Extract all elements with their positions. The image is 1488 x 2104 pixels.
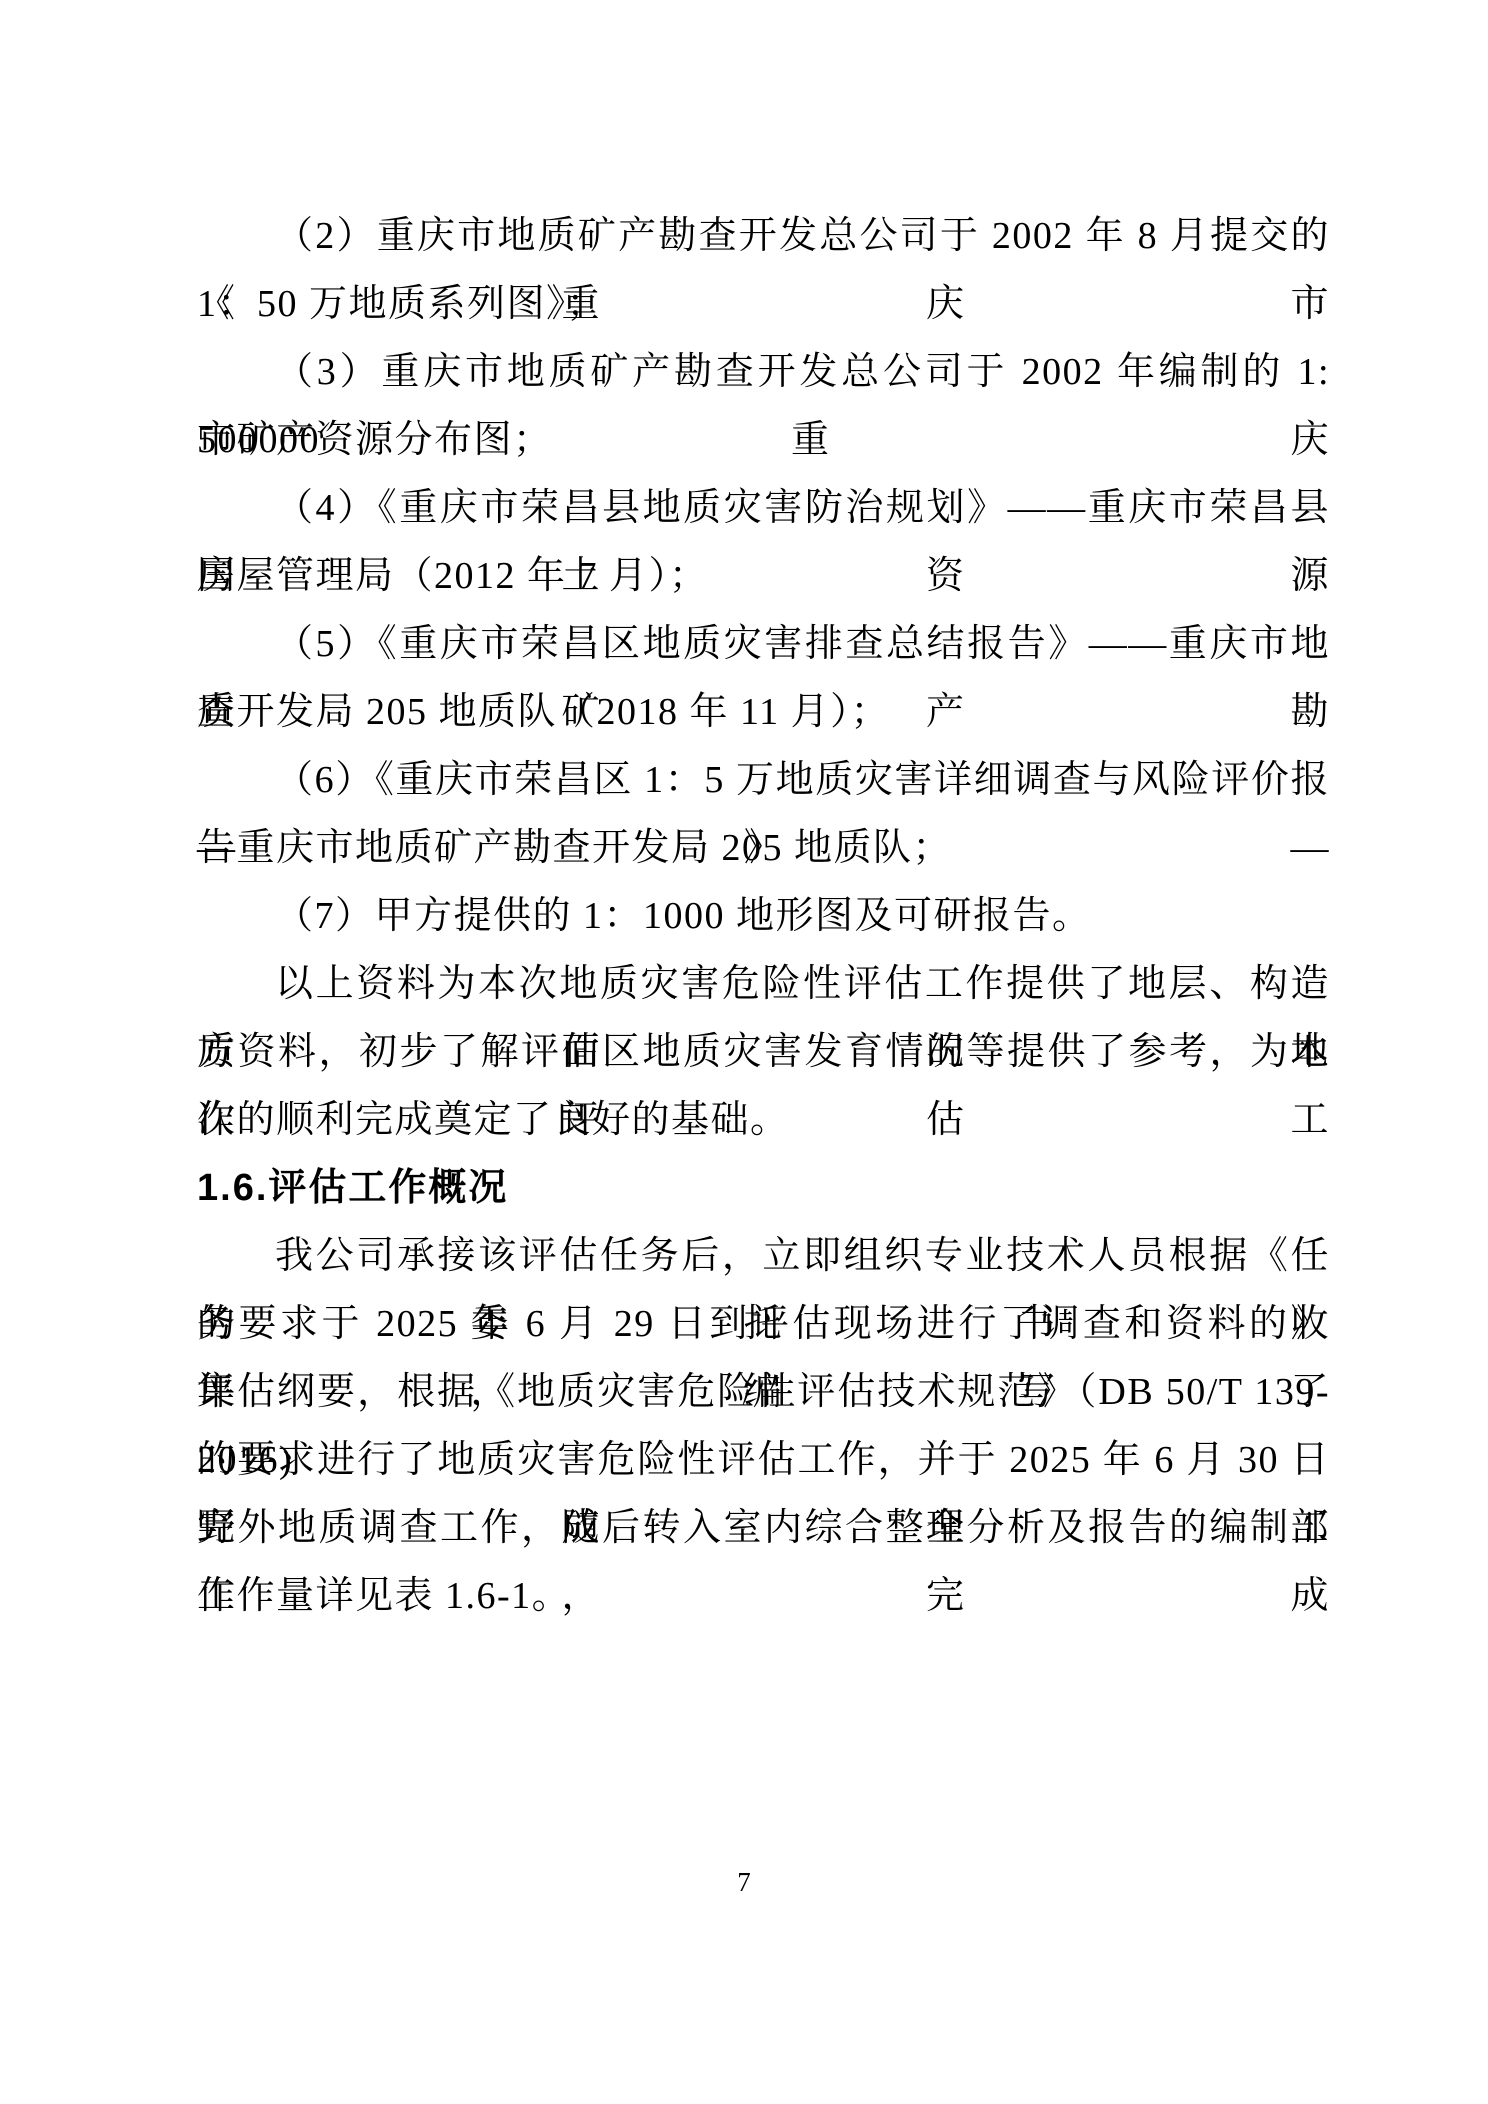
paragraph-line-summary-2: 质资料，初步了解评估区地质灾害发育情况等提供了参考，为本次评估工 [197,1018,1330,1086]
paragraph-line-overview-2: 的要求于 2025 年 6 月 29 日到评估现场进行了调查和资料的收集，编写了 [197,1290,1330,1358]
paragraph-line-ref3-1: （3）重庆市地质矿产勘查开发总公司于 2002 年编制的 1: 500000 重… [197,338,1330,406]
paragraph-line-overview-1: 我公司承接该评估任务后，立即组织专业技术人员根据《任务委托书》 [197,1222,1330,1290]
document-page: { "colors": { "background": "#ffffff", "… [0,0,1488,2104]
paragraph-line-ref4-1: （4）《重庆市荣昌县地质灾害防治规划》——重庆市荣昌县国土资源 [197,474,1330,542]
paragraph-line-summary-1: 以上资料为本次地质灾害危险性评估工作提供了地层、构造方面的地 [197,950,1330,1018]
section-heading-1-6: 1.6.评估工作概况 [197,1154,1330,1222]
paragraph-line-ref5-1: （5）《重庆市荣昌区地质灾害排查总结报告》——重庆市地质矿产勘 [197,610,1330,678]
document-body: （2）重庆市地质矿产勘查开发总公司于 2002 年 8 月提交的《重庆市 1：5… [197,202,1330,1630]
paragraph-line-overview-3: 评估纲要，根据《地质灾害危险性评估技术规范》（DB 50/T 139-2016) [197,1358,1330,1426]
paragraph-line-ref2-1: （2）重庆市地质矿产勘查开发总公司于 2002 年 8 月提交的《重庆市 [197,202,1330,270]
page-number: 7 [0,1862,1488,1902]
paragraph-line-overview-4: 的要求进行了地质灾害危险性评估工作，并于 2025 年 6 月 30 日完成全部 [197,1426,1330,1494]
paragraph-line-ref6-1: （6）《重庆市荣昌区 1：5 万地质灾害详细调查与风险评价报告》— [197,746,1330,814]
paragraph-line-overview-5: 野外地质调查工作，随后转入室内综合整理分析及报告的编制工作，完成 [197,1494,1330,1562]
paragraph-line-ref7: （7）甲方提供的 1：1000 地形图及可研报告。 [197,882,1330,950]
